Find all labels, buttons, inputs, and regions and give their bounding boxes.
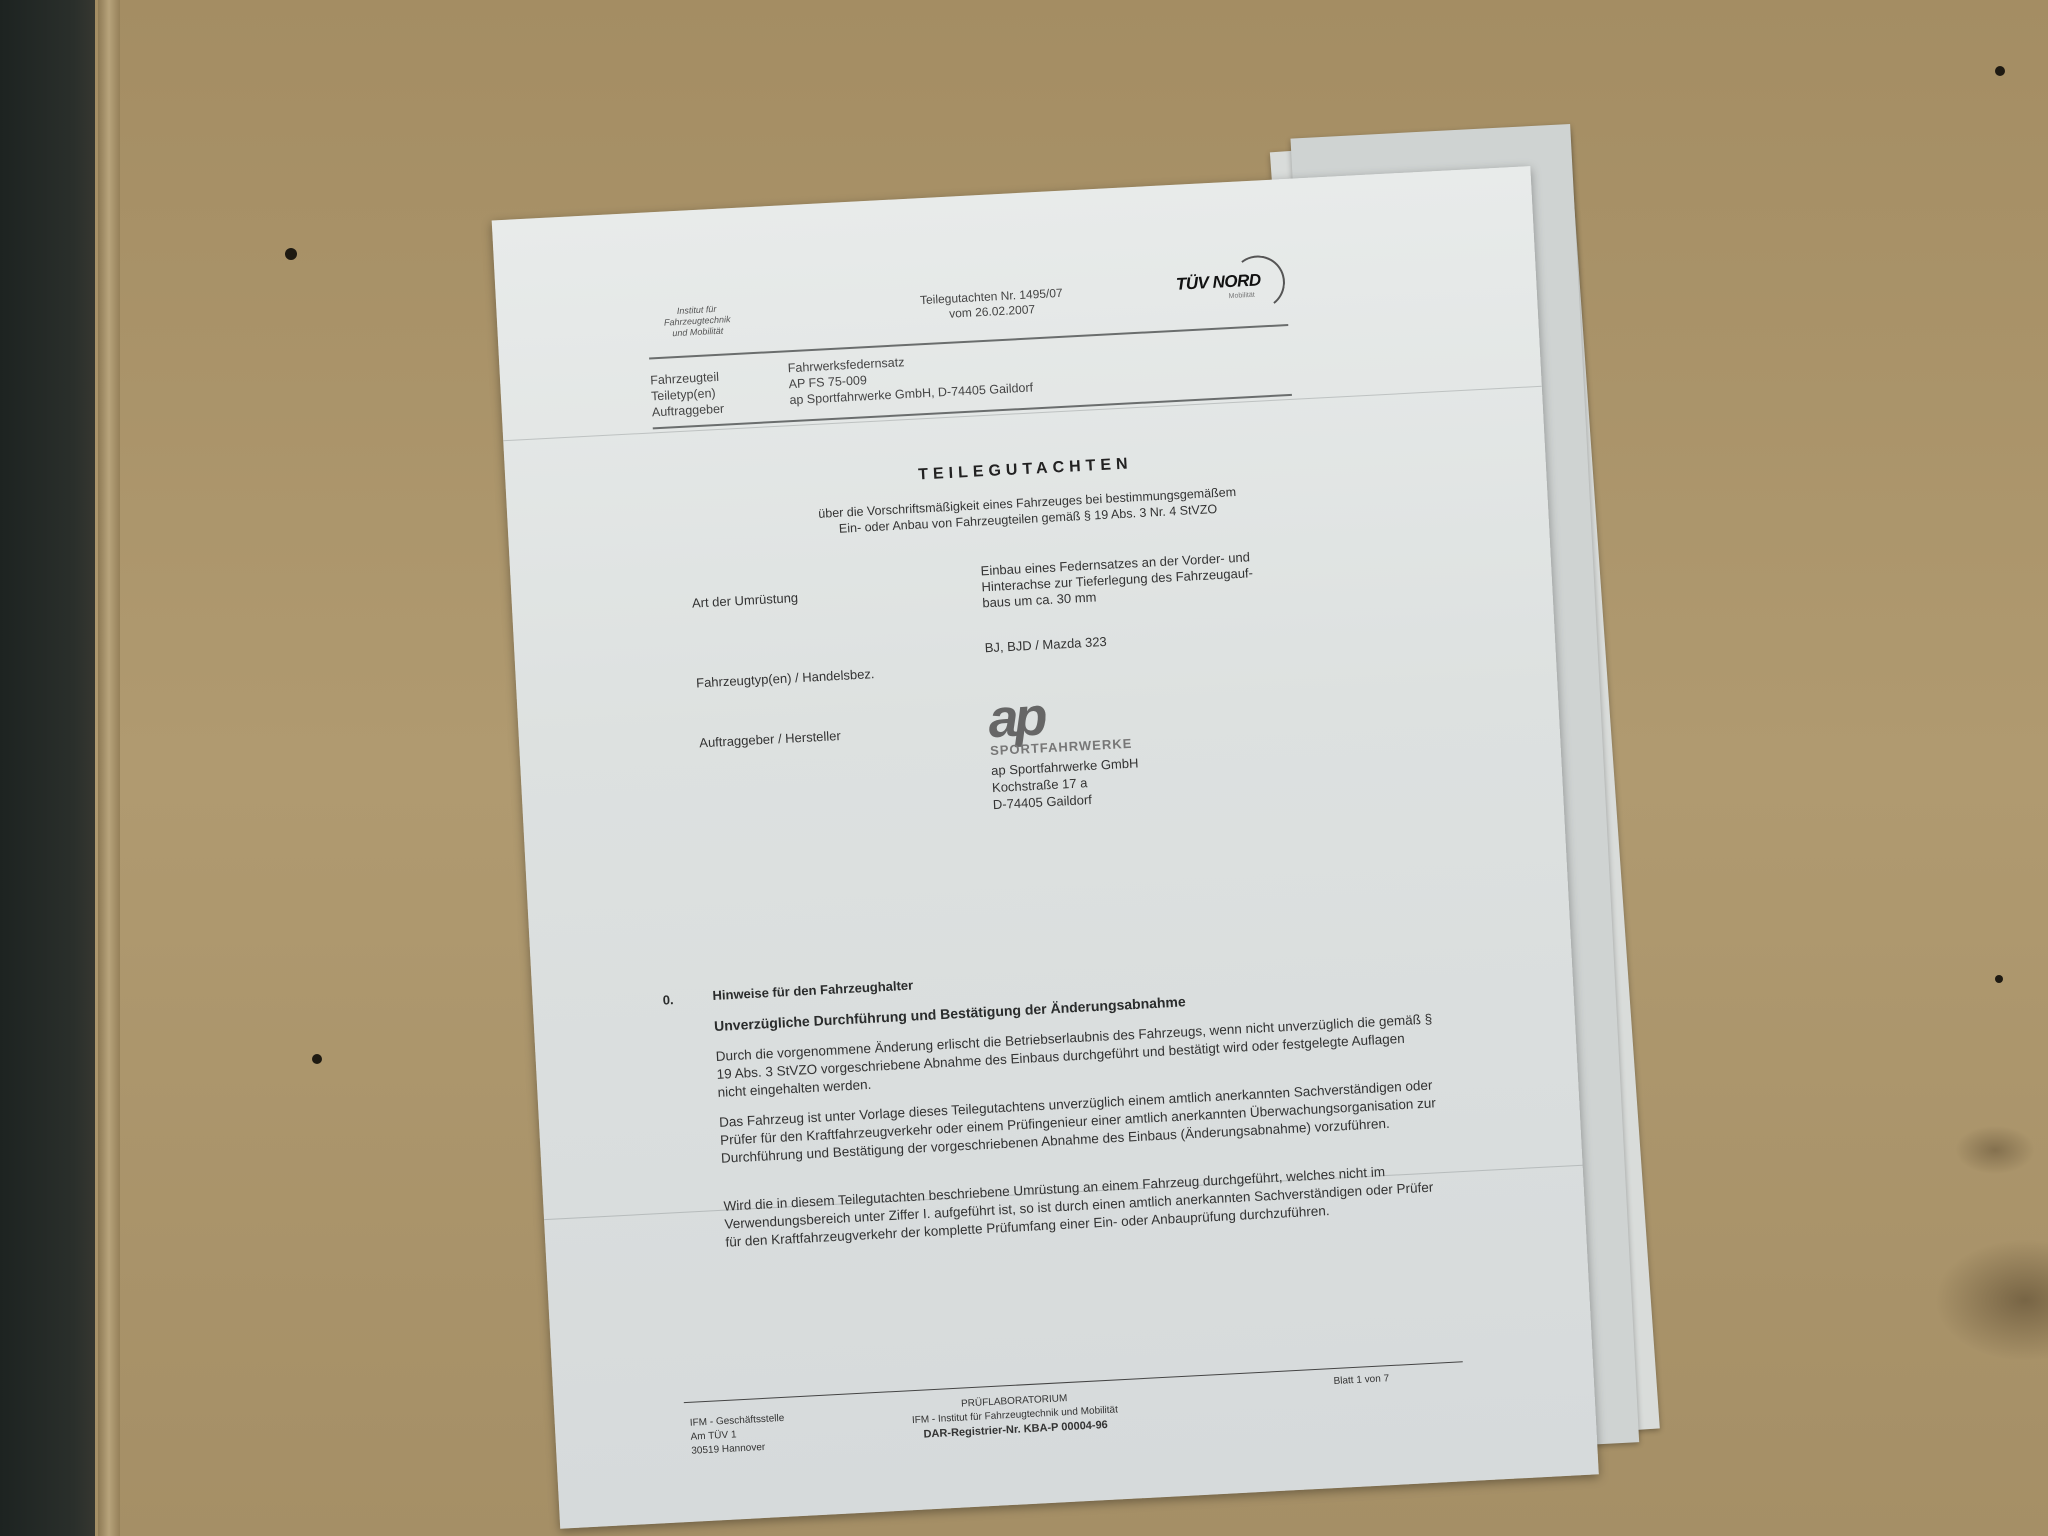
section-title: Hinweise für den Fahrzeughalter bbox=[712, 978, 913, 1003]
report-number: Teilegutachten Nr. 1495/07 vom 26.02.200… bbox=[866, 283, 1117, 326]
manufacturer-block: ap SPORTFAHRWERKE ap Sportfahrwerke GmbH… bbox=[987, 688, 1140, 814]
paragraph: Wird die in diesem Teilegutachten beschr… bbox=[723, 1160, 1445, 1252]
speck bbox=[312, 1054, 322, 1064]
field-value-umruestung: Einbau eines Federnsatzes an der Vorder-… bbox=[980, 549, 1254, 611]
speck bbox=[285, 248, 297, 260]
tuev-nord-logo: TÜV NORD Mobilität bbox=[1175, 254, 1298, 320]
manufacturer-address: ap Sportfahrwerke GmbH Kochstraße 17 a D… bbox=[991, 754, 1141, 813]
page-indicator: Blatt 1 von 7 bbox=[1333, 1373, 1389, 1387]
field-label-umruestung: Art der Umrüstung bbox=[692, 590, 799, 611]
field-label-fahrzeugtyp: Fahrzeugtyp(en) / Handelsbez. bbox=[696, 666, 875, 690]
document-header: Institut für Fahrzeugtechnik und Mobilit… bbox=[636, 268, 1395, 308]
institute-name: Institut für Fahrzeugtechnik und Mobilit… bbox=[636, 302, 758, 341]
footer-lab: PRÜFLABORATORIUM IFM - Institut für Fahr… bbox=[864, 1387, 1166, 1445]
document-page: Institut für Fahrzeugtechnik und Mobilit… bbox=[492, 166, 1599, 1529]
document-stack: Institut für Fahrzeugtechnik und Mobilit… bbox=[500, 92, 1667, 1448]
footer-address: IFM - Geschäftsstelle Am TÜV 1 30519 Han… bbox=[690, 1412, 787, 1459]
field-label-hersteller: Auftraggeber / Hersteller bbox=[699, 728, 841, 750]
speck bbox=[1995, 975, 2003, 983]
speck bbox=[1995, 66, 2005, 76]
meta-block: Fahrzeugteil Teiletyp(en) Auftraggeber F… bbox=[650, 340, 1269, 372]
dark-floor-strip bbox=[0, 0, 105, 1536]
cardboard-edge bbox=[98, 0, 120, 1536]
field-value-fahrzeugtyp: BJ, BJD / Mazda 323 bbox=[984, 634, 1107, 656]
section-number: 0. bbox=[662, 992, 674, 1008]
ap-logo: ap bbox=[987, 688, 1137, 744]
